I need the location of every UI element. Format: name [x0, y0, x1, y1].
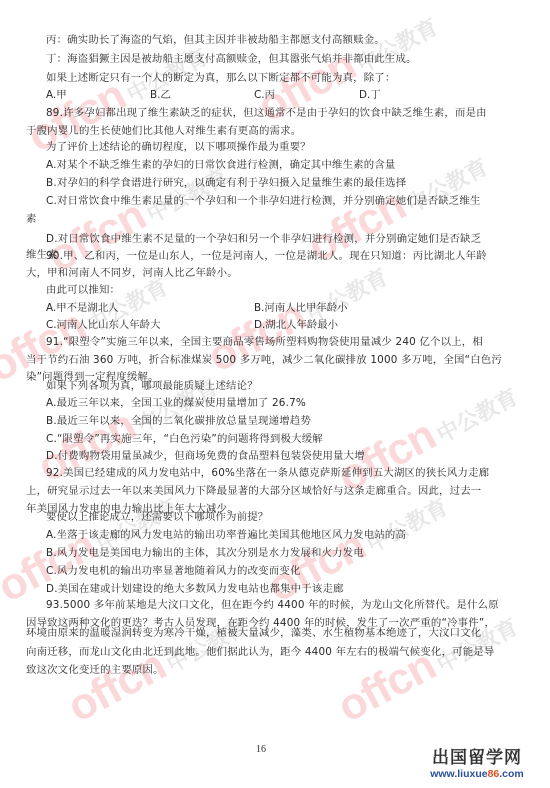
option-c: C.河南人比山东人年龄大 — [46, 318, 160, 332]
option-a: A.最近三年以来，全国工业的煤炭使用量增加了 26.7% — [46, 396, 306, 410]
document-page: offcn中公教育 offcn中公教育 offcn中公教育 offcn中公教育 … — [0, 0, 550, 788]
option-b: B.对孕妇的科学食谱进行研究，以确定有利于孕妇摄入足量维生素的最佳选择 — [46, 176, 406, 190]
option-d: D.丁 — [359, 88, 381, 102]
question-prompt: 为了评价上述结论的确切程度，以下哪项操作最为重要？ — [46, 140, 311, 154]
brand-url[interactable]: www.liuxue86.com — [412, 768, 542, 780]
question-stem: 向南迁移，而龙山文化由北迁到此地。他们据此认为，距今 4400 年左右的极端气候… — [26, 645, 494, 659]
option-b: B.最近三年以来，全国的二氧化碳排放总量呈现递增趋势 — [46, 414, 311, 428]
option-c: C.“限塑令”再实施三年，“白色污染”的问题将得到极大缓解 — [46, 432, 323, 446]
watermark: offcn中公教育 — [330, 367, 525, 502]
question-stem: 当于节约石油 360 万吨，折合标准煤炭 500 多万吨，减少二氧化碳排放 10… — [26, 353, 502, 367]
option-c: C.风力发电机的输出功率显著地随着风力的改变而变化 — [46, 564, 301, 578]
question-stem: 93.5000 多年前某地是大汶口文化，但在距今约 4400 年的时候，为龙山文… — [46, 598, 499, 612]
text-line: 如果上述断定只有一个人的断定为真，那么以下断定都不可能为真，除了： — [46, 71, 396, 85]
option-d: D.对日常饮食中维生素不足量的一个孕妇和另一个非孕妇进行检测，并分别确定她们是否… — [46, 232, 481, 246]
question-stem: 91.“限塑令”实施三年以来，全国主要商品零售场所塑料购物袋使用量减少 240 … — [46, 335, 483, 349]
brand-logo: 出国留学网 www.liuxue86.com — [412, 748, 542, 780]
option-b: B.风力发电是美国电力输出的主体，其次分别是水力发展和火力发电 — [46, 546, 364, 560]
question-stem: 89.许多孕妇都出现了维生素缺乏的症状，但这通常不是由于孕妇的饮食中缺乏维生素，… — [46, 106, 487, 120]
question-prompt: 如果下列各项为真，哪项最能质疑上述结论？ — [46, 379, 258, 393]
option-c-cont: 素 — [26, 212, 37, 226]
option-c: C.对日常饮食中维生素足量的一个孕妇和一个非孕妇进行检测，并分别确定她们是否缺乏… — [46, 194, 481, 208]
question-stem: 环境由原来的温暖湿润转变为寒冷干燥，植被大量减少，藻类、水生植物基本绝迹了，大汶… — [26, 626, 481, 640]
option-d: D.付费购物袋用量虽减少，但商场免费的食品塑料包装袋使用量大增 — [46, 449, 365, 463]
question-stem: 92.美国已经建成的风力发电站中，60%坐落在一条从德克萨斯延伸到五大湖区的狭长… — [46, 466, 489, 480]
option-a: A.坐落于该走廊的风力发电站的输出功率普遍比美国其他地区风力发电站的高 — [46, 528, 406, 542]
option-b: B.乙 — [150, 88, 171, 102]
option-a: A.对某个不缺乏维生素的孕妇的日常饮食进行检测，确定其中维生素的含量 — [46, 158, 396, 172]
option-b: B.河南人比甲年龄小 — [254, 301, 348, 315]
option-a: A.甲不是湖北人 — [46, 301, 119, 315]
text-line: 丁：海盗猖獗主因是被劫船主愿支付高额赎金，但其嚣张气焰并非都由此生成。 — [46, 52, 417, 66]
question-stem: 大，甲和河南人不同岁，河南人比乙年龄小。 — [26, 266, 238, 280]
option-d: D.湖北人年龄最小 — [254, 318, 338, 332]
brand-title: 出国留学网 — [412, 748, 542, 768]
question-stem: 上，研究显示过去一年以来美国风力下降最显著的大部分区域恰好与这条走廊重合。因此，… — [26, 484, 481, 498]
option-c: C.丙 — [254, 88, 275, 102]
question-stem: 于腹内婴儿的生长使她们比其他人对维生素有更高的需求。 — [26, 124, 301, 138]
option-a: A.甲 — [46, 88, 67, 102]
text-line: 丙：确实助长了海盗的气焰，但其主因并非被劫船主都愿支付高额赎金。 — [46, 33, 385, 47]
question-prompt: 由此可以推知： — [46, 283, 120, 297]
question-prompt: 要使以上推论成立，还需要以下哪项作为前提？ — [46, 510, 268, 524]
question-stem: 90.甲、乙和丙，一位是山东人，一位是河南人，一位是湖北人。现在只知道：丙比湖北… — [46, 249, 487, 263]
page-number: 16 — [256, 744, 266, 755]
question-stem: 致这次文化变迁的主要原因。 — [26, 663, 164, 677]
option-d: D.美国在建或计划建设的绝大多数风力发电站也都集中于该走廊 — [46, 582, 344, 596]
